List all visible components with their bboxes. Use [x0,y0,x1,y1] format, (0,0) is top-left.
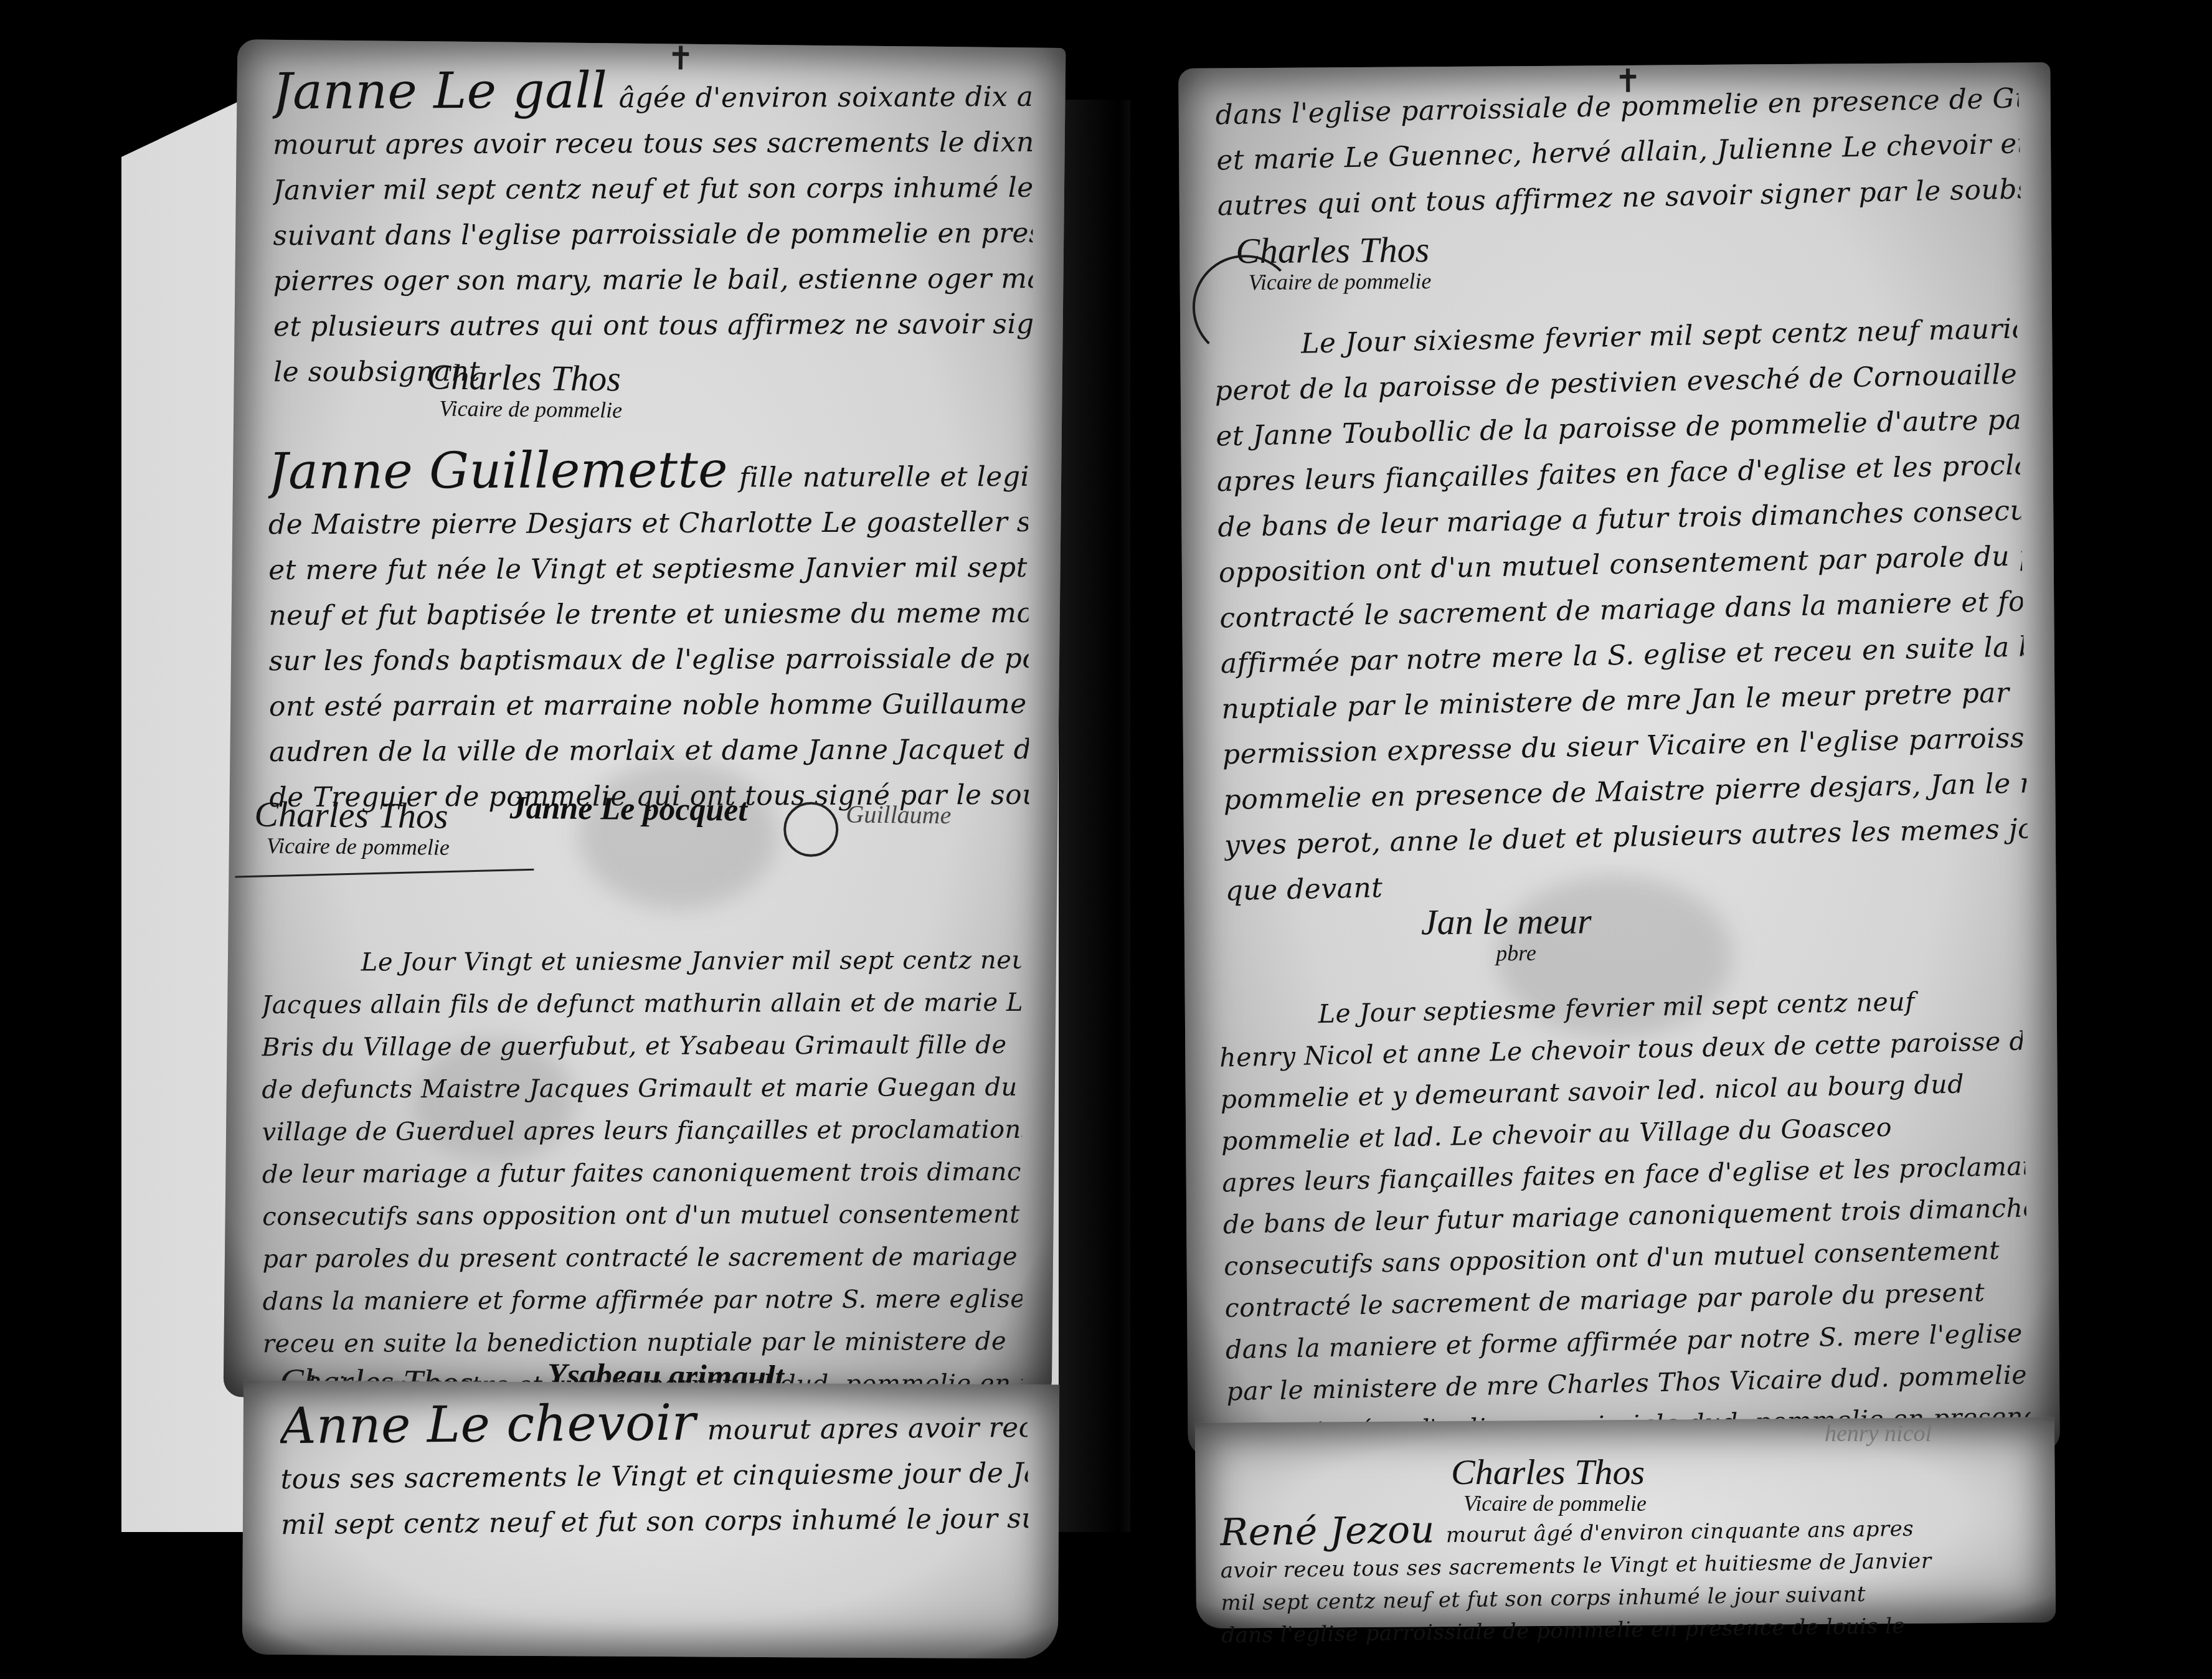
entry-line: village de Guerduel apres leurs fiançail… [262,1109,1022,1153]
entry-line: mil sept centz neuf et fut son corps inh… [281,1496,1029,1548]
entry-name: Janne Guillemette [268,441,728,500]
entry-line: Bris du Village de guerfubut, et Ysabeau… [262,1024,1021,1069]
signature-title: pbre [1496,939,1592,966]
signature-title: Vicaire de pommelie [439,395,622,423]
entry-line: Janvier mil sept centz neuf et fut son c… [273,165,1033,213]
entry-line: pierres oger son mary, marie le bail, es… [273,256,1033,304]
entry-line: de Maistre pierre Desjars et Charlotte L… [268,499,1028,547]
signature-title: Vicaire de pommelie [267,833,450,861]
entry-line: sur les fonds baptismaux de l'eglise par… [269,636,1029,684]
priest-signature: Jan le meur pbre [1421,900,1592,967]
register-entry-burial: Anne Le chevoirmourut apres avoir receu … [280,1392,1028,1548]
entry-line: mourut âgé d'environ cinquante ans apres [1446,1516,1914,1548]
left-page-lower: Anne Le chevoirmourut apres avoir receu … [242,1381,1059,1659]
entry-line: audren de la ville de morlaix et dame Ja… [269,727,1029,775]
register-entry-baptism: Janne Guillemettefille naturelle et legi… [268,441,1029,820]
entry-line: consecutifs sans opposition ont d'un mut… [262,1193,1022,1238]
entry-line: suivant dans l'eglise parroissiale de po… [273,210,1033,258]
signature-text: Charles Thos [1451,1452,1645,1492]
entry-line: et plusieurs autres qui ont tous affirme… [273,301,1033,349]
signature-text: Charles Thos [427,356,621,399]
entry-name: René Jezou [1220,1508,1435,1555]
signature-text: Jan le meur [1421,901,1592,942]
entry-name: Anne Le chevoir [280,1393,696,1455]
entry-line: mourut apres avoir receu tous ses sacrem… [273,120,1033,168]
register-entry-burial: Janne Le gallâgée d'environ soixante dix… [272,61,1033,395]
register-entry-marriage: Le Jour sixiesme fevrier mil sept centz … [1214,306,2030,914]
priest-signature: Charles Thos Vicaire de pommelie [427,356,623,423]
left-page: ✝ Janne Le gallâgée d'environ soixante d… [224,39,1066,1406]
entry-line: mourut apres avoir receu [707,1411,1028,1446]
entry-line: de leur mariage a futur faites canonique… [262,1151,1022,1196]
entry-line: âgée d'environ soixante dix ans [619,81,1033,115]
priest-signature: Charles Thos Vicaire de pommelie [254,793,450,860]
priest-signature: Charles Thos Vicaire de pommelie [1451,1451,1647,1516]
entry-line: fille naturelle et legitime [739,461,1028,494]
witness-signature: Janne Le pocquet [509,790,747,829]
register-entry-marriage: Le Jour Vingt et uniesme Janvier mil sep… [262,939,1023,1406]
entry-name: Janne Le gall [272,61,607,120]
register-entry-marriage: Le Jour septiesme fevrier mil sept centz… [1218,979,2033,1457]
entry-line: de defuncts Maistre Jacques Grimault et … [262,1066,1021,1111]
seal-mark-icon [783,802,839,857]
witness-signature: henry nicol [1825,1420,1932,1447]
register-entry-burial-continued: dans l'eglise parroissiale de pommelie e… [1215,76,2021,229]
separator-rule [235,869,534,878]
entry-line: par paroles du present contracté le sacr… [262,1236,1022,1280]
entry-line: le soubsignant [273,347,1033,395]
entry-line: tous ses sacrements le Vingt et cinquies… [280,1450,1028,1502]
entry-line: et mere fut née le Vingt et septiesme Ja… [268,545,1028,593]
scanned-document: ✝ Janne Le gallâgée d'environ soixante d… [0,0,2212,1679]
entry-line: Jacques allain fils de defunct mathurin … [262,981,1021,1026]
right-page: ✝ dans l'eglise parroissiale de pommelie… [1178,62,2060,1457]
witness-signature: Guillaume [846,799,951,830]
register-entry-burial: René Jezoumourut âgé d'environ cinquante… [1220,1502,2056,1652]
entry-line: neuf et fut baptisée le trente et uniesm… [268,590,1028,638]
entry-line: Le Jour Vingt et uniesme Janvier mil sep… [262,939,1021,984]
entry-line: ont esté parrain et marraine noble homme… [269,681,1029,729]
signature-text: Charles Thos [254,793,448,836]
entry-line: dans la maniere et forme affirmée par no… [263,1278,1023,1323]
